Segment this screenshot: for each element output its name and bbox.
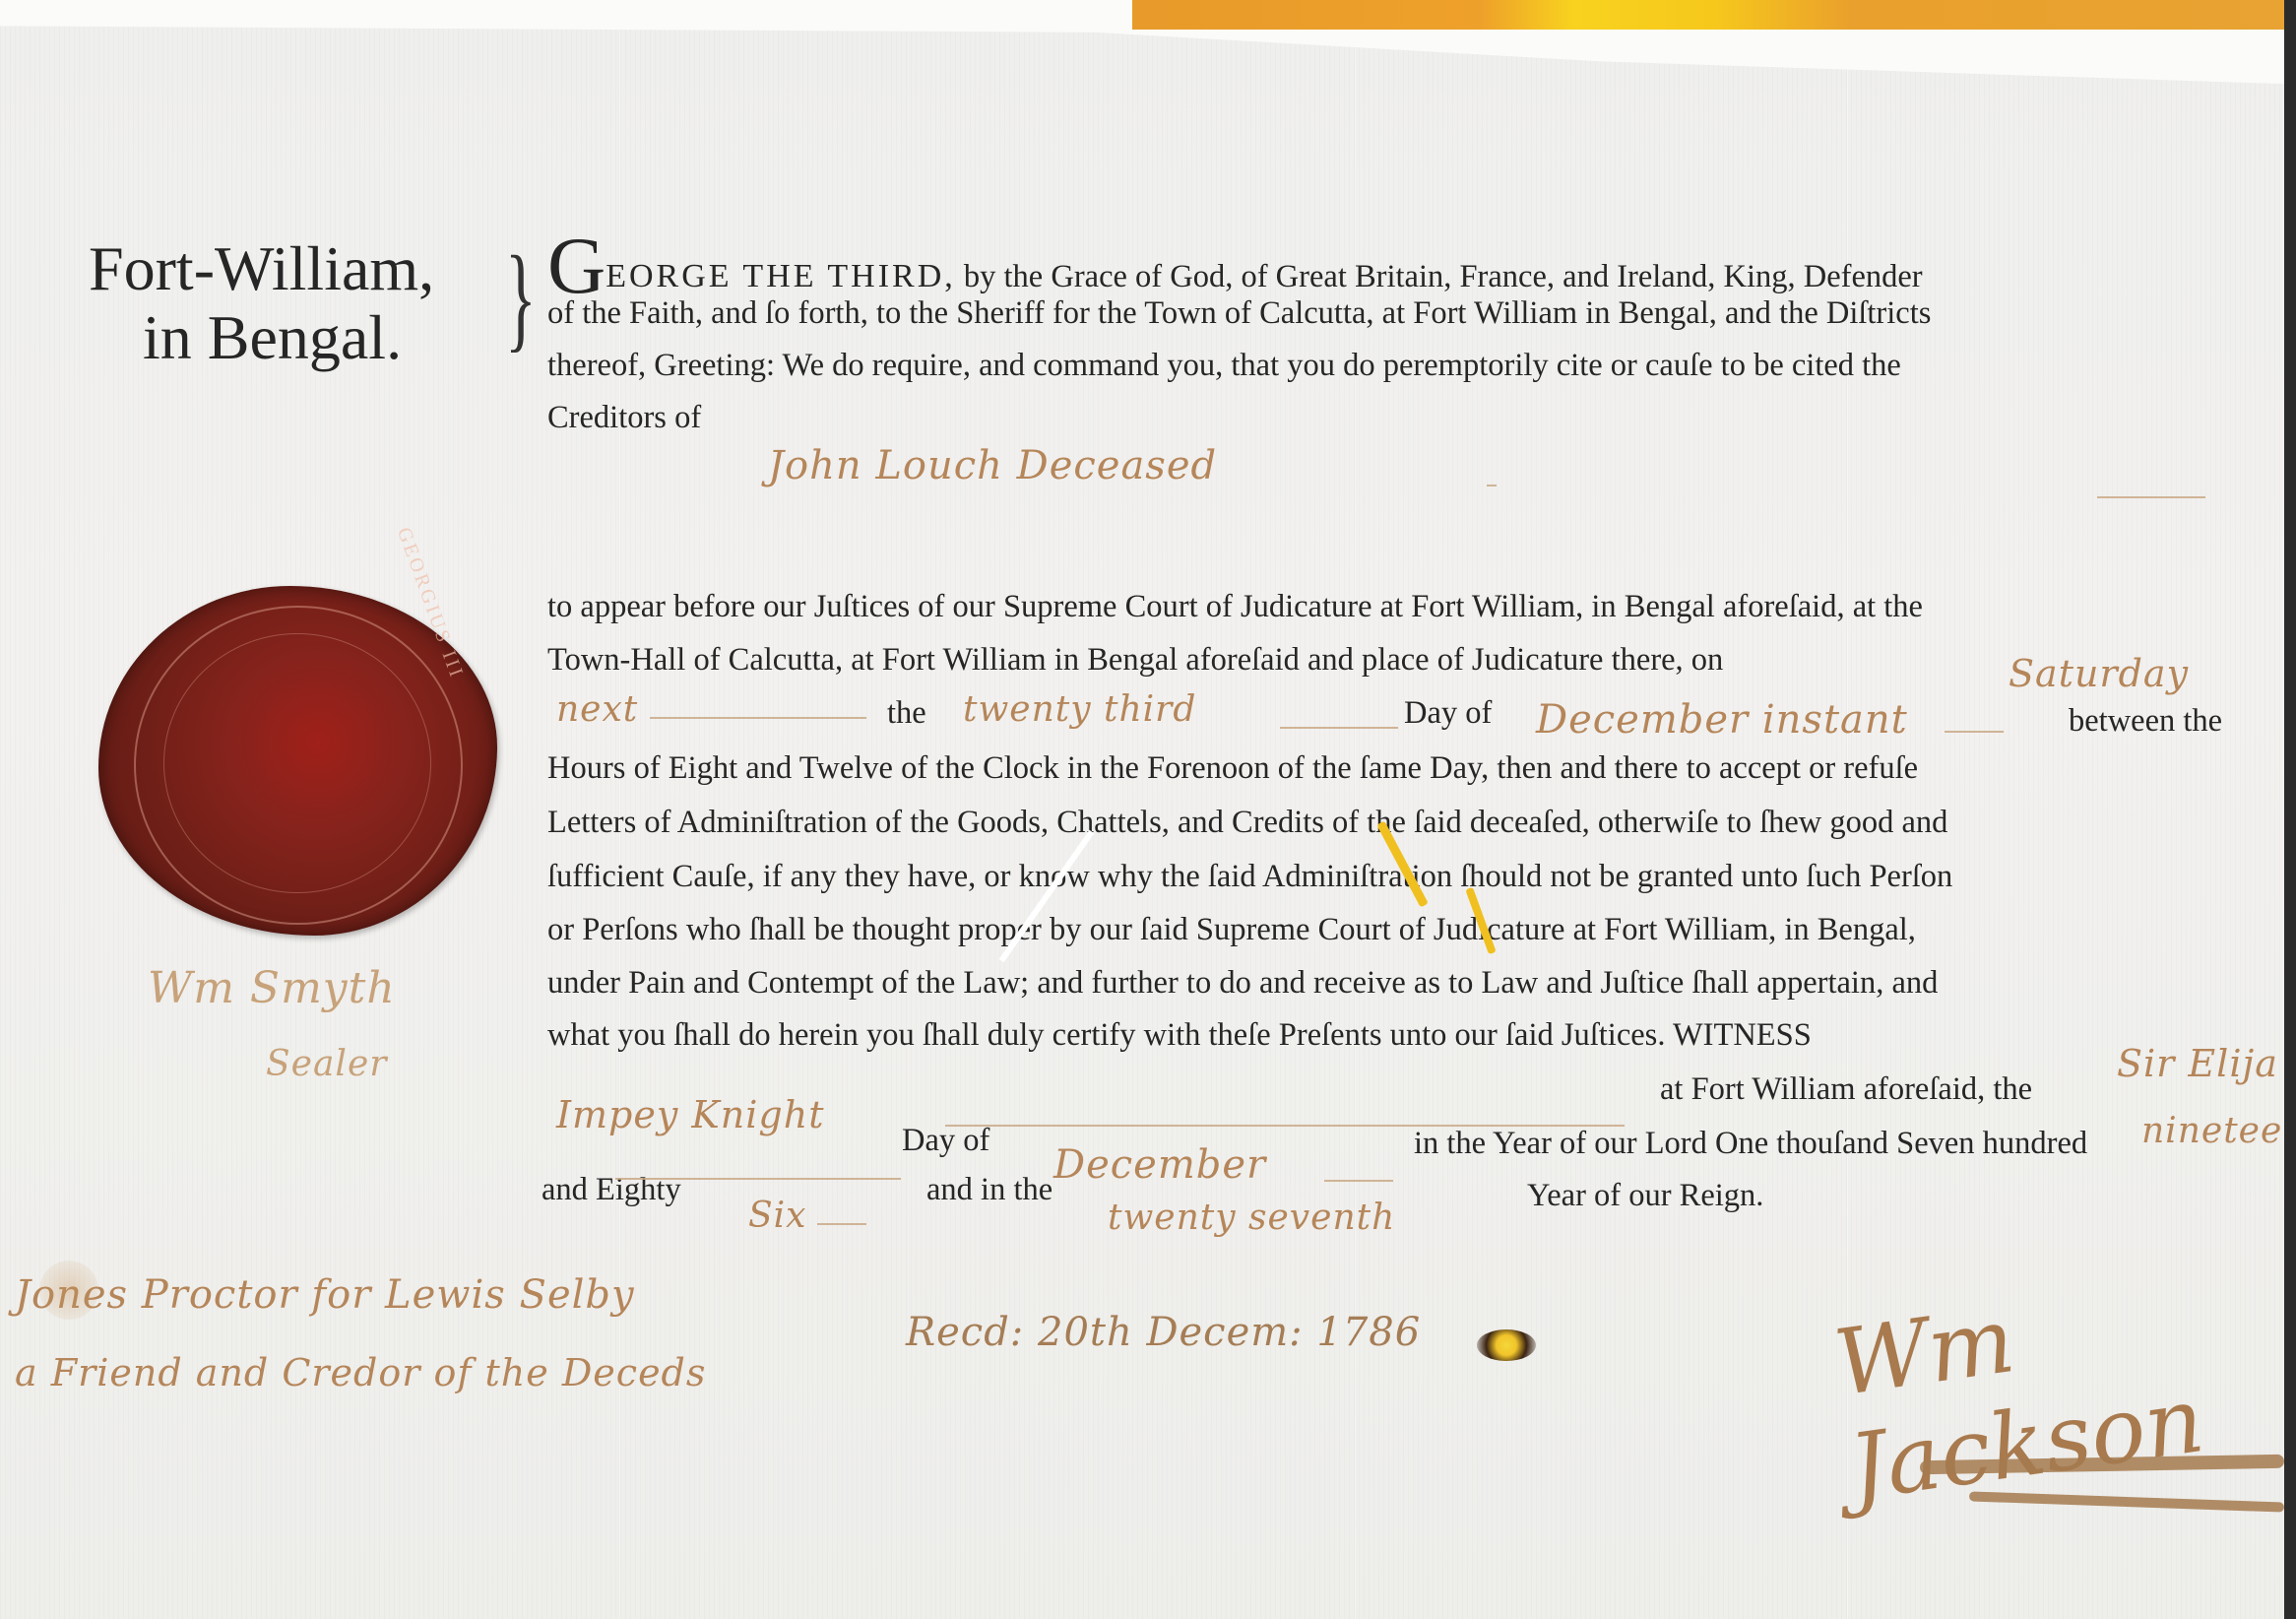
blank-rule	[1324, 1180, 1393, 1182]
writ-line-14: at Fort William aforeſaid, the	[1660, 1071, 2032, 1108]
blank-rule	[1945, 731, 2004, 733]
writ-line-16c: Year of our Reign.	[1527, 1178, 1763, 1214]
wax-seal: GEORGIUS III	[98, 586, 497, 936]
blank-rule	[817, 1223, 866, 1225]
writ-line-15b: in the Year of our Lord One thouſand Sev…	[1414, 1126, 2087, 1162]
proctor-note-line-1: Jones Proctor for Lewis Selby	[15, 1272, 635, 1318]
handwritten-deceased-name: John Louch Deceased	[768, 443, 1217, 488]
writ-line-4: Creditors of	[547, 400, 701, 436]
main-signature: Wm Jackson	[1828, 1251, 2296, 1522]
sealer-title: Sealer	[266, 1044, 387, 1084]
heading-line-1: Fort-William,	[89, 233, 434, 303]
handwritten-witness-day: ninetee	[2141, 1111, 2282, 1151]
proctor-note-line-2: a Friend and Credor of the Deceds	[15, 1351, 706, 1394]
blank-rule	[945, 1125, 1625, 1127]
scan-edge	[2284, 0, 2296, 1619]
writ-line-8: Hours of Eight and Twelve of the Clock i…	[547, 750, 1918, 787]
blank-rule	[650, 717, 866, 719]
writ-line-10: ſufficient Cauſe, if any they have, or k…	[547, 859, 1952, 895]
document-heading: Fort-William, in Bengal.	[89, 234, 434, 372]
ink-stain	[39, 1261, 98, 1320]
document-paper: Fort-William, in Bengal. } GEORGE THE TH…	[0, 10, 2284, 1619]
signature-flourish	[1969, 1491, 2284, 1512]
blank-rule	[2097, 496, 2205, 498]
writ-line-12: under Pain and Contempt of the Law; and …	[547, 965, 1938, 1002]
blank-rule	[615, 1178, 901, 1180]
writ-line-7a: the	[887, 695, 926, 732]
blank-rule	[1280, 727, 1398, 729]
writ-line-7b: Day of	[1404, 695, 1492, 732]
handwritten-witness-name-1: Sir Elija	[2117, 1042, 2278, 1085]
handwritten-next: next	[556, 689, 638, 730]
writ-line-1: GEORGE THE THIRD, by the Grace of God, o…	[547, 236, 1923, 295]
seal-inner-ring	[163, 633, 431, 893]
handwritten-month-instant: December instant	[1536, 697, 1908, 743]
writ-line-text: by the Grace of God, of Great Britain, F…	[956, 259, 1923, 294]
writ-line-7c: between the	[2069, 703, 2222, 740]
backing-card	[1132, 0, 2294, 30]
handwritten-day-name: Saturday	[2009, 652, 2189, 695]
handwritten-witness-name-2: Impey Knight	[556, 1093, 825, 1136]
handwritten-day-number: twenty third	[963, 689, 1196, 730]
brace-glyph: }	[505, 238, 537, 356]
writ-line-11: or Perſons who ſhall be thought proper b…	[547, 912, 1916, 948]
writ-line-2: of the Faith, and ſo forth, to the Sheri…	[547, 295, 1931, 332]
writ-line-9: Letters of Adminiſtration of the Goods, …	[547, 805, 1947, 841]
writ-line-13: what you ſhall do herein you ſhall duly …	[547, 1017, 1812, 1054]
handwritten-month: December	[1053, 1142, 1266, 1188]
writ-line-3: thereof, Greeting: We do require, and co…	[547, 348, 1901, 384]
writ-line-6: Town-Hall of Calcutta, at Fort William i…	[547, 642, 1723, 679]
writ-line-16b: and in the	[926, 1172, 1052, 1208]
burn-hole	[1477, 1329, 1536, 1361]
sealer-signature: Wm Smyth	[148, 963, 396, 1013]
handwritten-reign-year: twenty seventh	[1108, 1198, 1395, 1238]
handwritten-year-suffix: Six	[748, 1196, 806, 1236]
received-date-note: Recd: 20th Decem: 1786	[906, 1310, 1421, 1355]
writ-line-15a: Day of	[902, 1123, 989, 1159]
king-name: EORGE THE THIRD,	[606, 258, 956, 294]
writ-line-5: to appear before our Juſtices of our Sup…	[547, 589, 1923, 625]
heading-line-2: in Bengal.	[89, 303, 434, 372]
flourish	[1487, 485, 1497, 486]
